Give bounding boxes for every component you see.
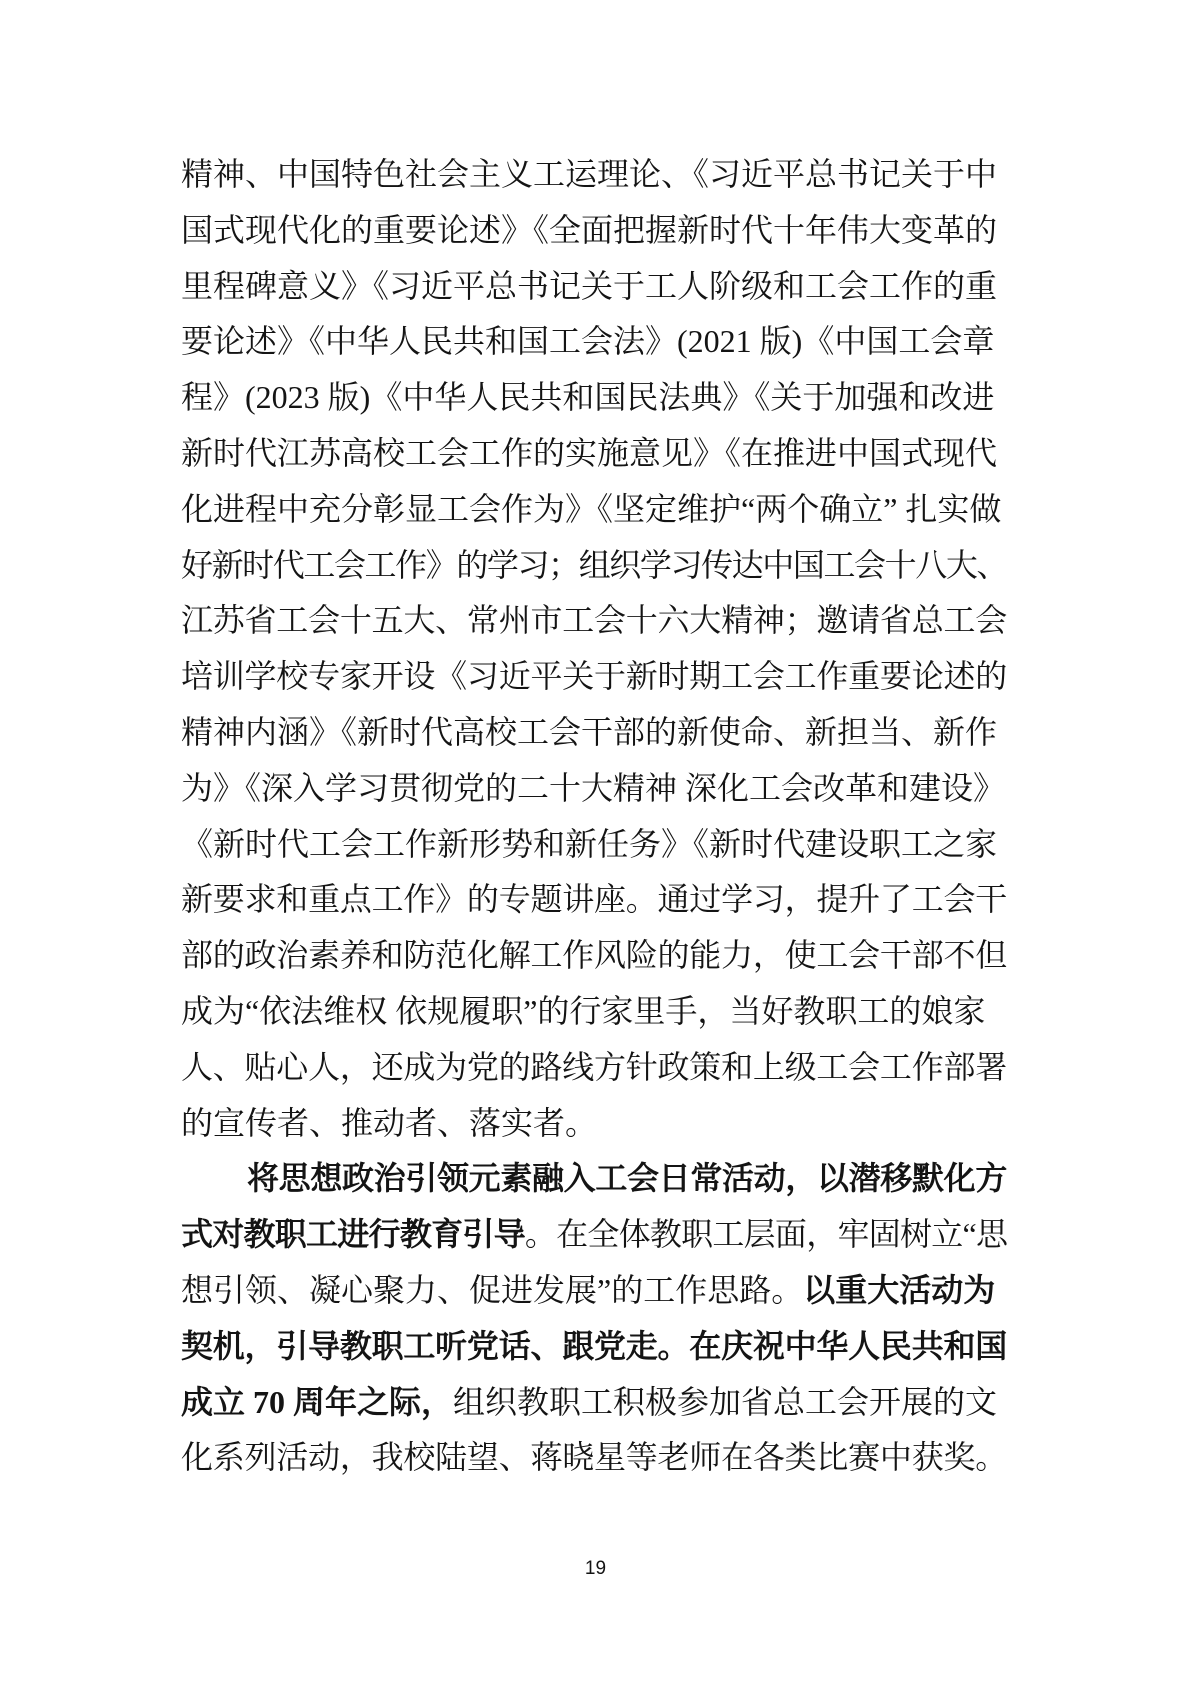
text-segment: 新要求和重点工作》的专题讲座。通过学习，提升了工会干 [181, 881, 1007, 917]
text-segment: 精神、中国特色社会主义工运理论、《习近平总书记关于中 [181, 156, 997, 192]
text-segment: 新时代江苏高校工会工作的实施意见》《在推进中国式现代 [181, 435, 997, 471]
text-line: 培训学校专家开设《习近平关于新时期工会工作重要论述的 [181, 649, 1007, 705]
text-line: 江苏省工会十五大、常州市工会十六大精神；邀请省总工会 [181, 593, 1007, 649]
text-segment: 培训学校专家开设《习近平关于新时期工会工作重要论述的 [181, 658, 1007, 694]
text-segment: 化系列活动，我校陆望、蒋晓星等老师在各类比赛中获奖。 [181, 1439, 1007, 1475]
text-segment: 人、贴心人，还成为党的路线方针政策和上级工会工作部署 [181, 1049, 1007, 1085]
text-segment: 。在全体教职工层面，牢固树立“思 [525, 1216, 1007, 1252]
text-segment: 部的政治素养和防范化解工作风险的能力，使工会干部不但 [181, 937, 1007, 973]
text-line: 精神、中国特色社会主义工运理论、《习近平总书记关于中 [181, 147, 1007, 203]
text-line: 部的政治素养和防范化解工作风险的能力，使工会干部不但 [181, 928, 1007, 984]
text-segment: 想引领、凝心聚力、促进发展”的工作思路。 [181, 1272, 803, 1308]
text-segment: 式对教职工进行教育引导 [181, 1216, 525, 1252]
text-segment: 好新时代工会工作》的学习；组织学习传达中国工会十八大、 [181, 547, 1007, 583]
text-line: 成立 70 周年之际，组织教职工积极参加省总工会开展的文 [181, 1375, 1007, 1431]
text-line: 程》(2023 版)《中华人民共和国民法典》《关于加强和改进 [181, 370, 1007, 426]
text-segment: 要论述》《中华人民共和国工会法》(2021 版)《中国工会章 [181, 323, 994, 359]
text-segment: 将思想政治引领元素融入工会日常活动，以潜移默化方 [247, 1160, 1007, 1196]
text-line: 想引领、凝心聚力、促进发展”的工作思路。以重大活动为 [181, 1263, 1007, 1319]
text-line: 成为“依法维权 依规履职”的行家里手，当好教职工的娘家 [181, 984, 1007, 1040]
text-line: 新时代江苏高校工会工作的实施意见》《在推进中国式现代 [181, 426, 1007, 482]
text-line: 将思想政治引领元素融入工会日常活动，以潜移默化方 [181, 1151, 1007, 1207]
text-line: 好新时代工会工作》的学习；组织学习传达中国工会十八大、 [181, 538, 1007, 594]
text-line: 新要求和重点工作》的专题讲座。通过学习，提升了工会干 [181, 872, 1007, 928]
text-line: 为》《深入学习贯彻党的二十大精神 深化工会改革和建设》 [181, 761, 1007, 817]
text-line: 式对教职工进行教育引导。在全体教职工层面，牢固树立“思 [181, 1207, 1007, 1263]
text-line: 《新时代工会工作新形势和新任务》《新时代建设职工之家 [181, 817, 1007, 873]
text-segment: 以重大活动为 [803, 1272, 995, 1308]
text-segment: 里程碑意义》《习近平总书记关于工人阶级和工会工作的重 [181, 268, 997, 304]
text-line: 要论述》《中华人民共和国工会法》(2021 版)《中国工会章 [181, 314, 1007, 370]
text-line: 精神内涵》《新时代高校工会干部的新使命、新担当、新作 [181, 705, 1007, 761]
text-line: 人、贴心人，还成为党的路线方针政策和上级工会工作部署 [181, 1040, 1007, 1096]
text-segment: 组织教职工积极参加省总工会开展的文 [453, 1384, 997, 1420]
text-segment: 契机，引导教职工听党话、跟党走。在庆祝中华人民共和国 [181, 1328, 1007, 1364]
text-line: 契机，引导教职工听党话、跟党走。在庆祝中华人民共和国 [181, 1319, 1007, 1375]
text-line: 国式现代化的重要论述》《全面把握新时代十年伟大变革的 [181, 203, 1007, 259]
text-segment: 为》《深入学习贯彻党的二十大精神 深化工会改革和建设》 [181, 770, 1005, 806]
text-segment: 国式现代化的重要论述》《全面把握新时代十年伟大变革的 [181, 212, 997, 248]
text-segment: 化进程中充分彰显工会作为》《坚定维护“两个确立” 扎实做 [181, 491, 1001, 527]
text-segment: 程》(2023 版)《中华人民共和国民法典》《关于加强和改进 [181, 379, 994, 415]
body-text: 精神、中国特色社会主义工运理论、《习近平总书记关于中国式现代化的重要论述》《全面… [181, 147, 1007, 1486]
text-segment: 江苏省工会十五大、常州市工会十六大精神；邀请省总工会 [181, 602, 1007, 638]
page-number: 19 [0, 1558, 1191, 1580]
text-line: 里程碑意义》《习近平总书记关于工人阶级和工会工作的重 [181, 259, 1007, 315]
text-segment: 的宣传者、推动者、落实者。 [181, 1105, 597, 1141]
text-line: 的宣传者、推动者、落实者。 [181, 1096, 1007, 1152]
text-segment: 《新时代工会工作新形势和新任务》《新时代建设职工之家 [181, 826, 997, 862]
text-segment: 成为“依法维权 依规履职”的行家里手，当好教职工的娘家 [181, 993, 985, 1029]
text-segment: 成立 70 周年之际， [181, 1384, 453, 1420]
document-page: 精神、中国特色社会主义工运理论、《习近平总书记关于中国式现代化的重要论述》《全面… [0, 0, 1191, 1684]
text-line: 化进程中充分彰显工会作为》《坚定维护“两个确立” 扎实做 [181, 482, 1007, 538]
text-segment: 精神内涵》《新时代高校工会干部的新使命、新担当、新作 [181, 714, 997, 750]
text-line: 化系列活动，我校陆望、蒋晓星等老师在各类比赛中获奖。 [181, 1430, 1007, 1486]
